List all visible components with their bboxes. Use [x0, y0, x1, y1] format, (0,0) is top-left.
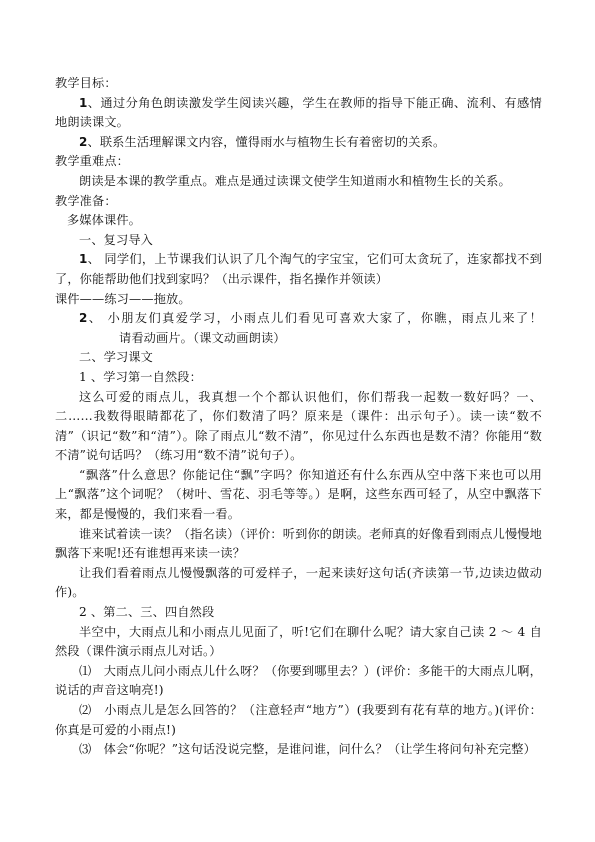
- item-2-tail: 请看动画片。（课文动画朗读）: [119, 331, 286, 345]
- subsection-2-heading: 2 、第二、三、四自然段: [55, 603, 542, 623]
- question-1: ⑴ 大雨点儿问小雨点儿什么呀？（你要到哪里去？）(评价：多能干的大雨点儿啊，说话…: [55, 662, 542, 701]
- item-2-text: 、 小朋友们真爱学习，小雨点儿们看见可喜欢大家了，你瞧，雨点儿来了！: [88, 311, 543, 325]
- section-1-item-2: 2、 小朋友们真爱学习，小雨点儿们看见可喜欢大家了，你瞧，雨点儿来了！请看动画片…: [55, 309, 542, 348]
- document-page: 教学目标： 1、通过分角色朗读激发学生阅读兴趣，学生在教师的指导下能正确、流利、…: [55, 74, 542, 760]
- section-2-heading: 二、学习课文: [55, 348, 542, 368]
- difficulty-heading: 教学重难点：: [55, 152, 542, 172]
- section-1-heading: 一、复习导入: [55, 231, 542, 251]
- goal-2-number: 2: [79, 135, 88, 149]
- subsection-1-heading: 1 、学习第一自然段：: [55, 368, 542, 388]
- paragraph-read-try: 谁来试着读一读？（指名读）（评价：听到你的朗读。老师真的好像看到雨点儿慢慢地飘落…: [55, 525, 542, 564]
- paragraph-read-together: 让我们看着雨点儿慢慢飘落的可爱样子，一起来读好这句话(齐读第一节,边读边做动作)…: [55, 564, 542, 603]
- goal-1-number: 1: [79, 96, 88, 110]
- goal-1-text: 、通过分角色朗读激发学生阅读兴趣，学生在教师的指导下能正确、流利、有感情地朗读课…: [55, 96, 542, 130]
- goal-2: 2、联系生活理解课文内容，懂得雨水与植物生长有着密切的关系。: [55, 133, 542, 153]
- item-1-text: 、 同学们，上节课我们认识了几个淘气的字宝宝，它们可太贪玩了，连家都找不到了，你…: [55, 252, 542, 286]
- prep-text: 多媒体课件。: [55, 211, 542, 231]
- section-1-item-1: 1、 同学们，上节课我们认识了几个淘气的字宝宝，它们可太贪玩了，连家都找不到了，…: [55, 250, 542, 289]
- paragraph-counting: 这么可爱的雨点儿，我真想一个个都认识他们，你们帮我一起数一数好吗？一、二……我数…: [55, 388, 542, 466]
- goal-2-text: 、联系生活理解课文内容，懂得雨水与植物生长有着密切的关系。: [88, 135, 446, 149]
- goals-heading: 教学目标：: [55, 74, 542, 94]
- question-3: ⑶ 体会“你呢？”这句话没说完整，是谁问谁，问什么？（让学生将问句补充完整）: [55, 740, 542, 760]
- item-2-number: 2: [79, 311, 88, 325]
- difficulty-text: 朗读是本课的教学重点。难点是通过读课文使学生知道雨水和植物生长的关系。: [55, 172, 542, 192]
- paragraph-dialogue: 半空中，大雨点儿和小雨点儿见面了，听!它们在聊什么呢？请大家自己读 2 ～ 4 …: [55, 623, 542, 662]
- paragraph-piaoluo: “飘落”什么意思？你能记住“飘”字吗？你知道还有什么东西从空中落下来也可以用上“…: [55, 466, 542, 525]
- prep-heading: 教学准备：: [55, 192, 542, 212]
- item-1-number: 1: [79, 252, 88, 266]
- goal-1: 1、通过分角色朗读激发学生阅读兴趣，学生在教师的指导下能正确、流利、有感情地朗读…: [55, 94, 542, 133]
- courseware-line: 课件——练习——拖放。: [55, 290, 542, 310]
- question-2: ⑵ 小雨点儿是怎么回答的？（注意轻声“地方”）(我要到有花有草的地方。)(评价：…: [55, 701, 542, 740]
